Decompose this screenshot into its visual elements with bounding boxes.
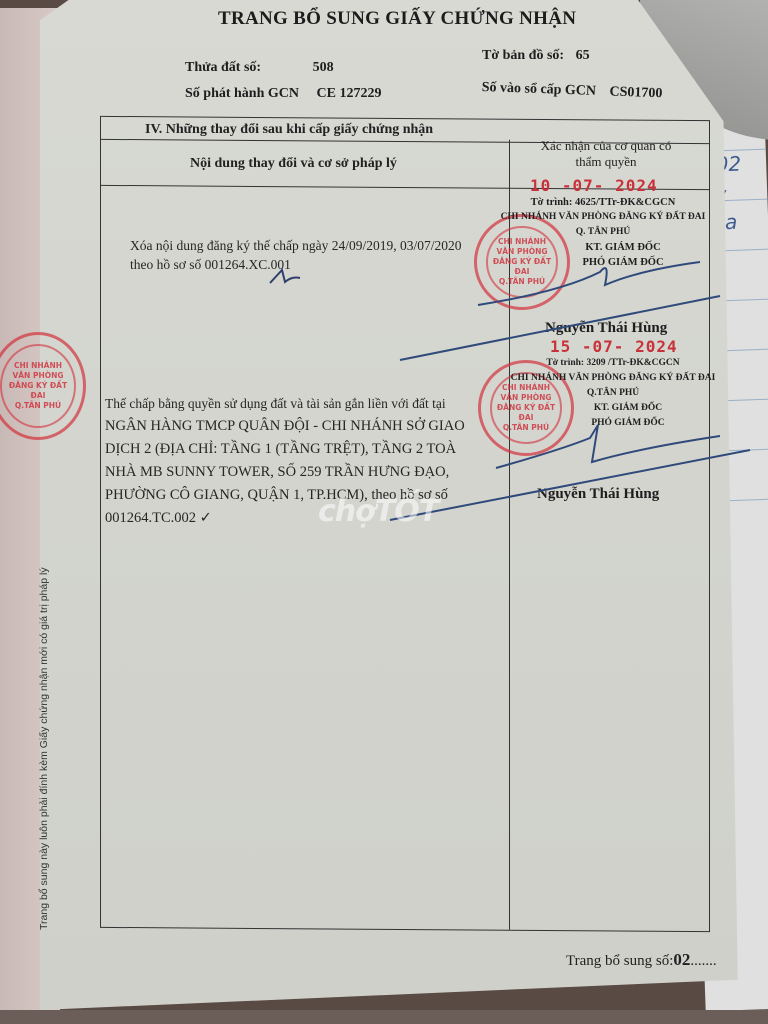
watermark: chợTỐT bbox=[318, 494, 438, 529]
footer-dots: ....... bbox=[690, 953, 716, 969]
stamp-line: VĂN PHÒNG bbox=[12, 371, 63, 381]
footer-label: Trang bổ sung số: bbox=[566, 953, 673, 969]
stamp-line: Q.TÂN PHÚ bbox=[15, 401, 61, 411]
supplement-page-number: Trang bổ sung số:02....... bbox=[566, 950, 717, 970]
footer-number: 02 bbox=[673, 950, 690, 969]
stamp-line: ĐĂNG KÝ ĐẤT ĐAI bbox=[2, 381, 74, 401]
side-note: Trang bổ sung này luôn phải đính kèm Giấ… bbox=[38, 567, 50, 930]
stamp-line: CHI NHÁNH bbox=[14, 361, 62, 371]
table-surface bbox=[0, 1010, 768, 1024]
